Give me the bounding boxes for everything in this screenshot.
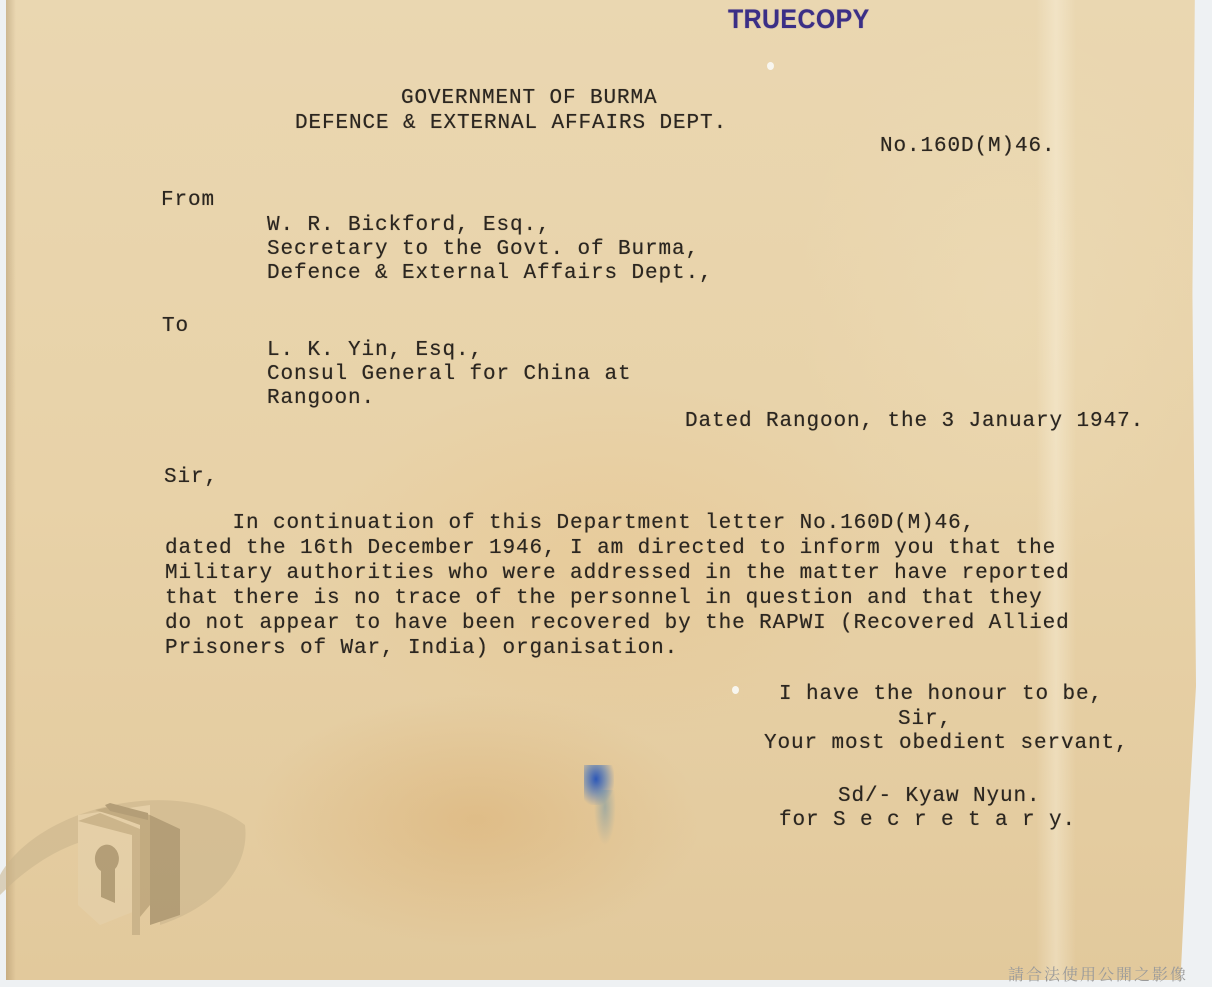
closing-line: Your most obedient servant, [764,731,1129,756]
body-line: Prisoners of War, India) organisation. [165,636,678,661]
body-line: In continuation of this Department lette… [165,511,975,536]
closing-line: Sir, [898,707,952,732]
to-label: To [162,314,189,339]
body-line: dated the 16th December 1946, I am direc… [165,536,1056,561]
reference-number: No.160D(M)46. [880,134,1056,159]
punch-hole [767,62,774,70]
to-line: L. K. Yin, Esq., [267,338,483,363]
to-line: Rangoon. [267,386,375,411]
body-line: Military authorities who were addressed … [165,561,1070,586]
salutation: Sir, [164,465,218,490]
date-line: Dated Rangoon, the 3 January 1947. [685,409,1144,434]
usage-notice: 請合法使用公開之影像 [1008,962,1188,985]
from-line: Defence & External Affairs Dept., [267,261,713,286]
body-line: do not appear to have been recovered by … [165,611,1070,636]
archive-logo-icon [0,785,250,945]
true-copy-stamp: TRUECOPY [728,4,870,35]
from-line: W. R. Bickford, Esq., [267,213,551,238]
closing-line: I have the honour to be, [779,682,1103,707]
header-department: DEFENCE & EXTERNAL AFFAIRS DEPT. [295,111,727,136]
ink-stain [594,790,616,845]
from-label: From [161,188,215,213]
header-government: GOVERNMENT OF BURMA [401,86,658,111]
body-line: that there is no trace of the personnel … [165,586,1043,611]
from-line: Secretary to the Govt. of Burma, [267,237,699,262]
punch-hole [732,686,739,694]
signature-name: Sd/- Kyaw Nyun. [838,784,1041,809]
signature-title: for S e c r e t a r y. [779,808,1076,833]
to-line: Consul General for China at [267,362,632,387]
